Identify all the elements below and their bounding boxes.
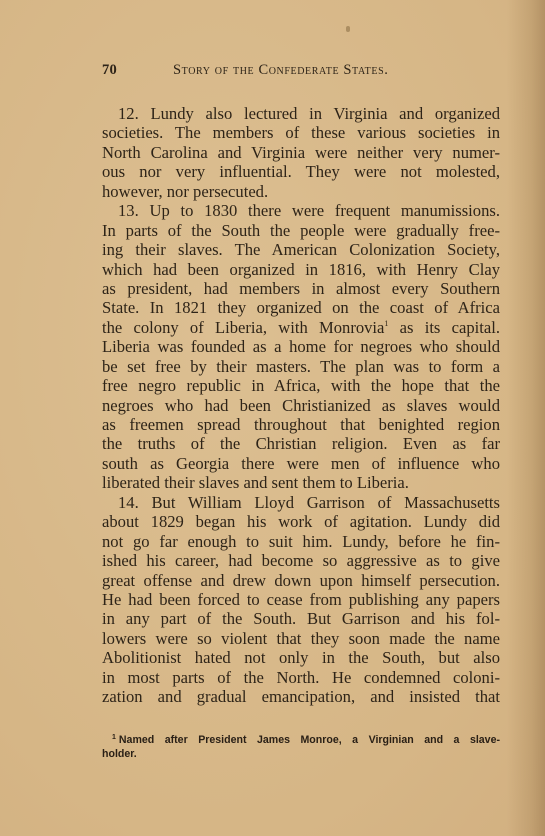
text-line: the truths of the Christian religion. Ev… [102, 434, 500, 453]
text-line: lowers were so violent that they soon ma… [102, 629, 500, 648]
text-line: as freemen spread throughout that benigh… [102, 415, 500, 434]
running-head: 70 Story of the Confederate States. [102, 62, 500, 82]
text-line: Liberia was founded as a home for negroe… [102, 337, 500, 356]
footnote-reference[interactable]: 1 [384, 319, 388, 328]
text-line: Abolitionist hated not only in the South… [102, 648, 500, 667]
paragraph-14: 14. But William Lloyd Garrison of Massac… [102, 493, 500, 707]
text-line: liberated their slaves and sent them to … [102, 473, 500, 492]
text-line: not go far enough to suit him. Lundy, be… [102, 532, 500, 551]
footnote-marker: 1 [112, 734, 116, 741]
paper-blemish [346, 26, 350, 32]
text-line: which had been organized in 1816, with H… [102, 260, 500, 279]
paragraph-12: 12. Lundy also lectured in Virginia and … [102, 104, 500, 201]
text-line: great offense and drew down upon himself… [102, 571, 500, 590]
text-line: as president, had members in almost ever… [102, 279, 500, 298]
text-line: free negro republic in Africa, with the … [102, 376, 500, 395]
text-segment: as its capital. [400, 318, 500, 337]
body-text: 12. Lundy also lectured in Virginia and … [102, 104, 500, 707]
book-page: 70 Story of the Confederate States. 12. … [0, 0, 545, 836]
text-segment: the colony of Liberia, with Monrovia [102, 318, 384, 337]
text-line: be set free by their masters. The plan w… [102, 357, 500, 376]
footnotes: 1Named after President James Monroe, a V… [102, 734, 500, 761]
text-line: negroes who had been Christianized as sl… [102, 396, 500, 415]
page-number: 70 [102, 62, 117, 79]
text-line: In parts of the South the people were gr… [102, 221, 500, 240]
text-line: ous nor very influential. They were not … [102, 162, 500, 181]
text-line: 13. Up to 1830 there were frequent manum… [102, 201, 500, 220]
text-line: 12. Lundy also lectured in Virginia and … [102, 104, 500, 123]
text-line: south as Georgia there were men of influ… [102, 454, 500, 473]
text-line: about 1829 began his work of agitation. … [102, 512, 500, 531]
running-title: Story of the Confederate States. [173, 62, 388, 79]
paragraph-13: 13. Up to 1830 there were frequent manum… [102, 201, 500, 493]
footnote-line: 1Named after President James Monroe, a V… [102, 734, 500, 748]
text-line: societies. The members of these various … [102, 123, 500, 142]
text-line: ing their slaves. The American Colonizat… [102, 240, 500, 259]
text-line: 14. But William Lloyd Garrison of Massac… [102, 493, 500, 512]
text-line: in most parts of the North. He condemned… [102, 668, 500, 687]
text-line: ished his career, had become so aggressi… [102, 551, 500, 570]
footnote-line: holder. [102, 748, 500, 762]
text-line: State. In 1821 they organized on the coa… [102, 298, 500, 317]
text-line: however, nor persecuted. [102, 182, 500, 201]
text-line: He had been forced to cease from publish… [102, 590, 500, 609]
text-line-with-footnote-ref: the colony of Liberia, with Monrovia1 as… [102, 318, 500, 337]
text-line: North Carolina and Virginia were neither… [102, 143, 500, 162]
footnote-text: Named after President James Monroe, a Vi… [119, 734, 500, 746]
text-line: zation and gradual emancipation, and ins… [102, 687, 500, 706]
text-line: in any part of the South. But Garrison a… [102, 609, 500, 628]
